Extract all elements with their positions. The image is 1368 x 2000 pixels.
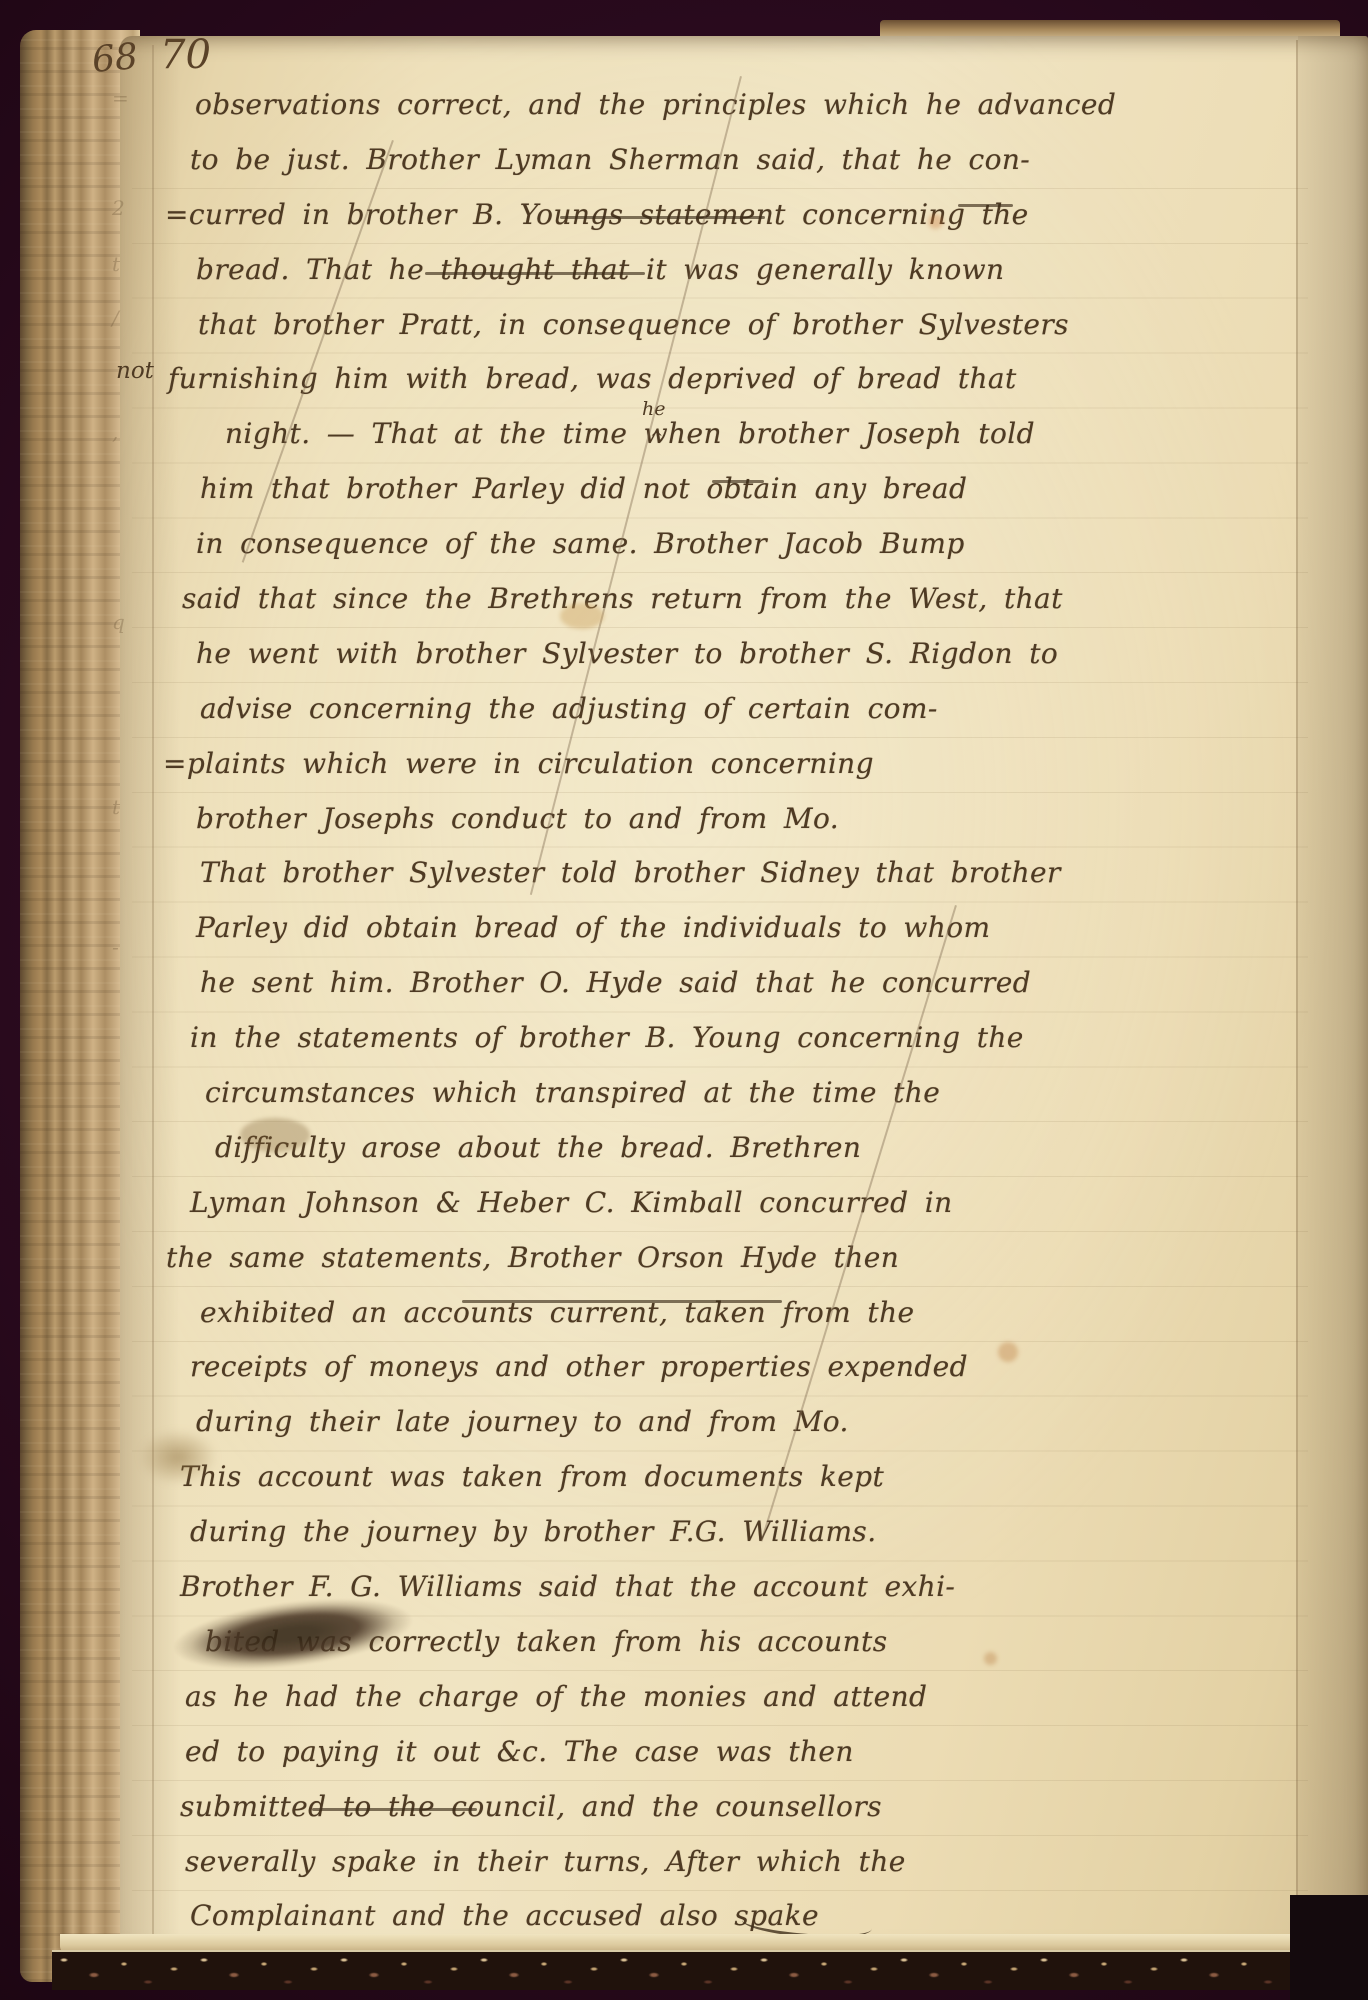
pen-stroke <box>312 1808 477 1811</box>
manuscript-line: as he had the charge of the monies and a… <box>120 1670 1330 1725</box>
stain <box>560 603 604 629</box>
manuscript-line: during the journey by brother F.G. Willi… <box>120 1505 1330 1560</box>
dark-corner <box>1290 1895 1368 2000</box>
manuscript-line: =plaints which were in circulation conce… <box>120 737 1330 792</box>
show-through-mark: = <box>112 86 129 110</box>
stain <box>984 1652 997 1665</box>
manuscript-line: brother Josephs conduct to and from Mo. <box>120 792 1330 847</box>
pen-stroke <box>560 216 765 219</box>
show-through-mark: / <box>112 306 119 330</box>
manuscript-line: bread. That he thought that it was gener… <box>120 243 1330 298</box>
brown-smudge <box>126 1420 230 1494</box>
manuscript-line: in consequence of the same. Brother Jaco… <box>120 517 1330 572</box>
show-through-mark: t <box>112 795 120 819</box>
manuscript-line: circumstances which transpired at the ti… <box>120 1066 1330 1121</box>
pen-stroke <box>958 204 1013 207</box>
manuscript-line: observations correct, and the principles… <box>120 78 1330 133</box>
insertion-caret: ^ <box>650 428 663 447</box>
manuscript-line: the same statements, Brother Orson Hyde … <box>120 1231 1330 1286</box>
show-through-mark: t <box>112 252 120 276</box>
manuscript-line: said that since the Brethrens return fro… <box>120 572 1330 627</box>
manuscript-line: submitted to the council, and the counse… <box>120 1780 1330 1835</box>
pen-stroke <box>462 1300 782 1303</box>
manuscript-scan: 68 70 observations correct, and the prin… <box>0 0 1368 2000</box>
pen-stroke <box>425 272 645 275</box>
stain <box>240 1118 310 1152</box>
manuscript-line: That brother Sylvester told brother Sidn… <box>120 846 1330 901</box>
manuscript-line: in the statements of brother B. Young co… <box>120 1011 1330 1066</box>
manuscript-line: he went with brother Sylvester to brothe… <box>120 627 1330 682</box>
margin-note: not <box>116 358 154 384</box>
stain <box>928 214 943 229</box>
manuscript-line: him that brother Parley did not obtain a… <box>120 462 1330 517</box>
manuscript-line: Lyman Johnson & Heber C. Kimball concurr… <box>120 1176 1330 1231</box>
manuscript-line: ed to paying it out &c. The case was the… <box>120 1725 1330 1780</box>
manuscript-line: advise concerning the adjusting of certa… <box>120 682 1330 737</box>
stain <box>998 1342 1018 1362</box>
page-number: 70 <box>160 32 211 78</box>
page-number-old: 68 <box>90 36 139 81</box>
manuscript-line: This account was taken from documents ke… <box>120 1450 1330 1505</box>
show-through-mark: q <box>112 610 125 634</box>
manuscript-line: exhibited an accounts current, taken fro… <box>120 1286 1330 1341</box>
manuscript-line: that brother Pratt, in consequence of br… <box>120 298 1330 353</box>
manuscript-line: during their late journey to and from Mo… <box>120 1395 1330 1450</box>
manuscript-line: Parley did obtain bread of the individua… <box>120 901 1330 956</box>
show-through-mark: - <box>112 935 119 959</box>
show-through-mark: 2 <box>112 196 125 220</box>
manuscript-line: night. — That at the time when brother J… <box>120 407 1330 462</box>
show-through-mark: , <box>112 420 118 444</box>
manuscript-line: he sent him. Brother O. Hyde said that h… <box>120 956 1330 1011</box>
marbled-cover-edge <box>52 1950 1368 1990</box>
pen-stroke <box>712 480 764 483</box>
manuscript-line: severally spake in their turns, After wh… <box>120 1835 1330 1890</box>
manuscript-line: receipts of moneys and other properties … <box>120 1340 1330 1395</box>
